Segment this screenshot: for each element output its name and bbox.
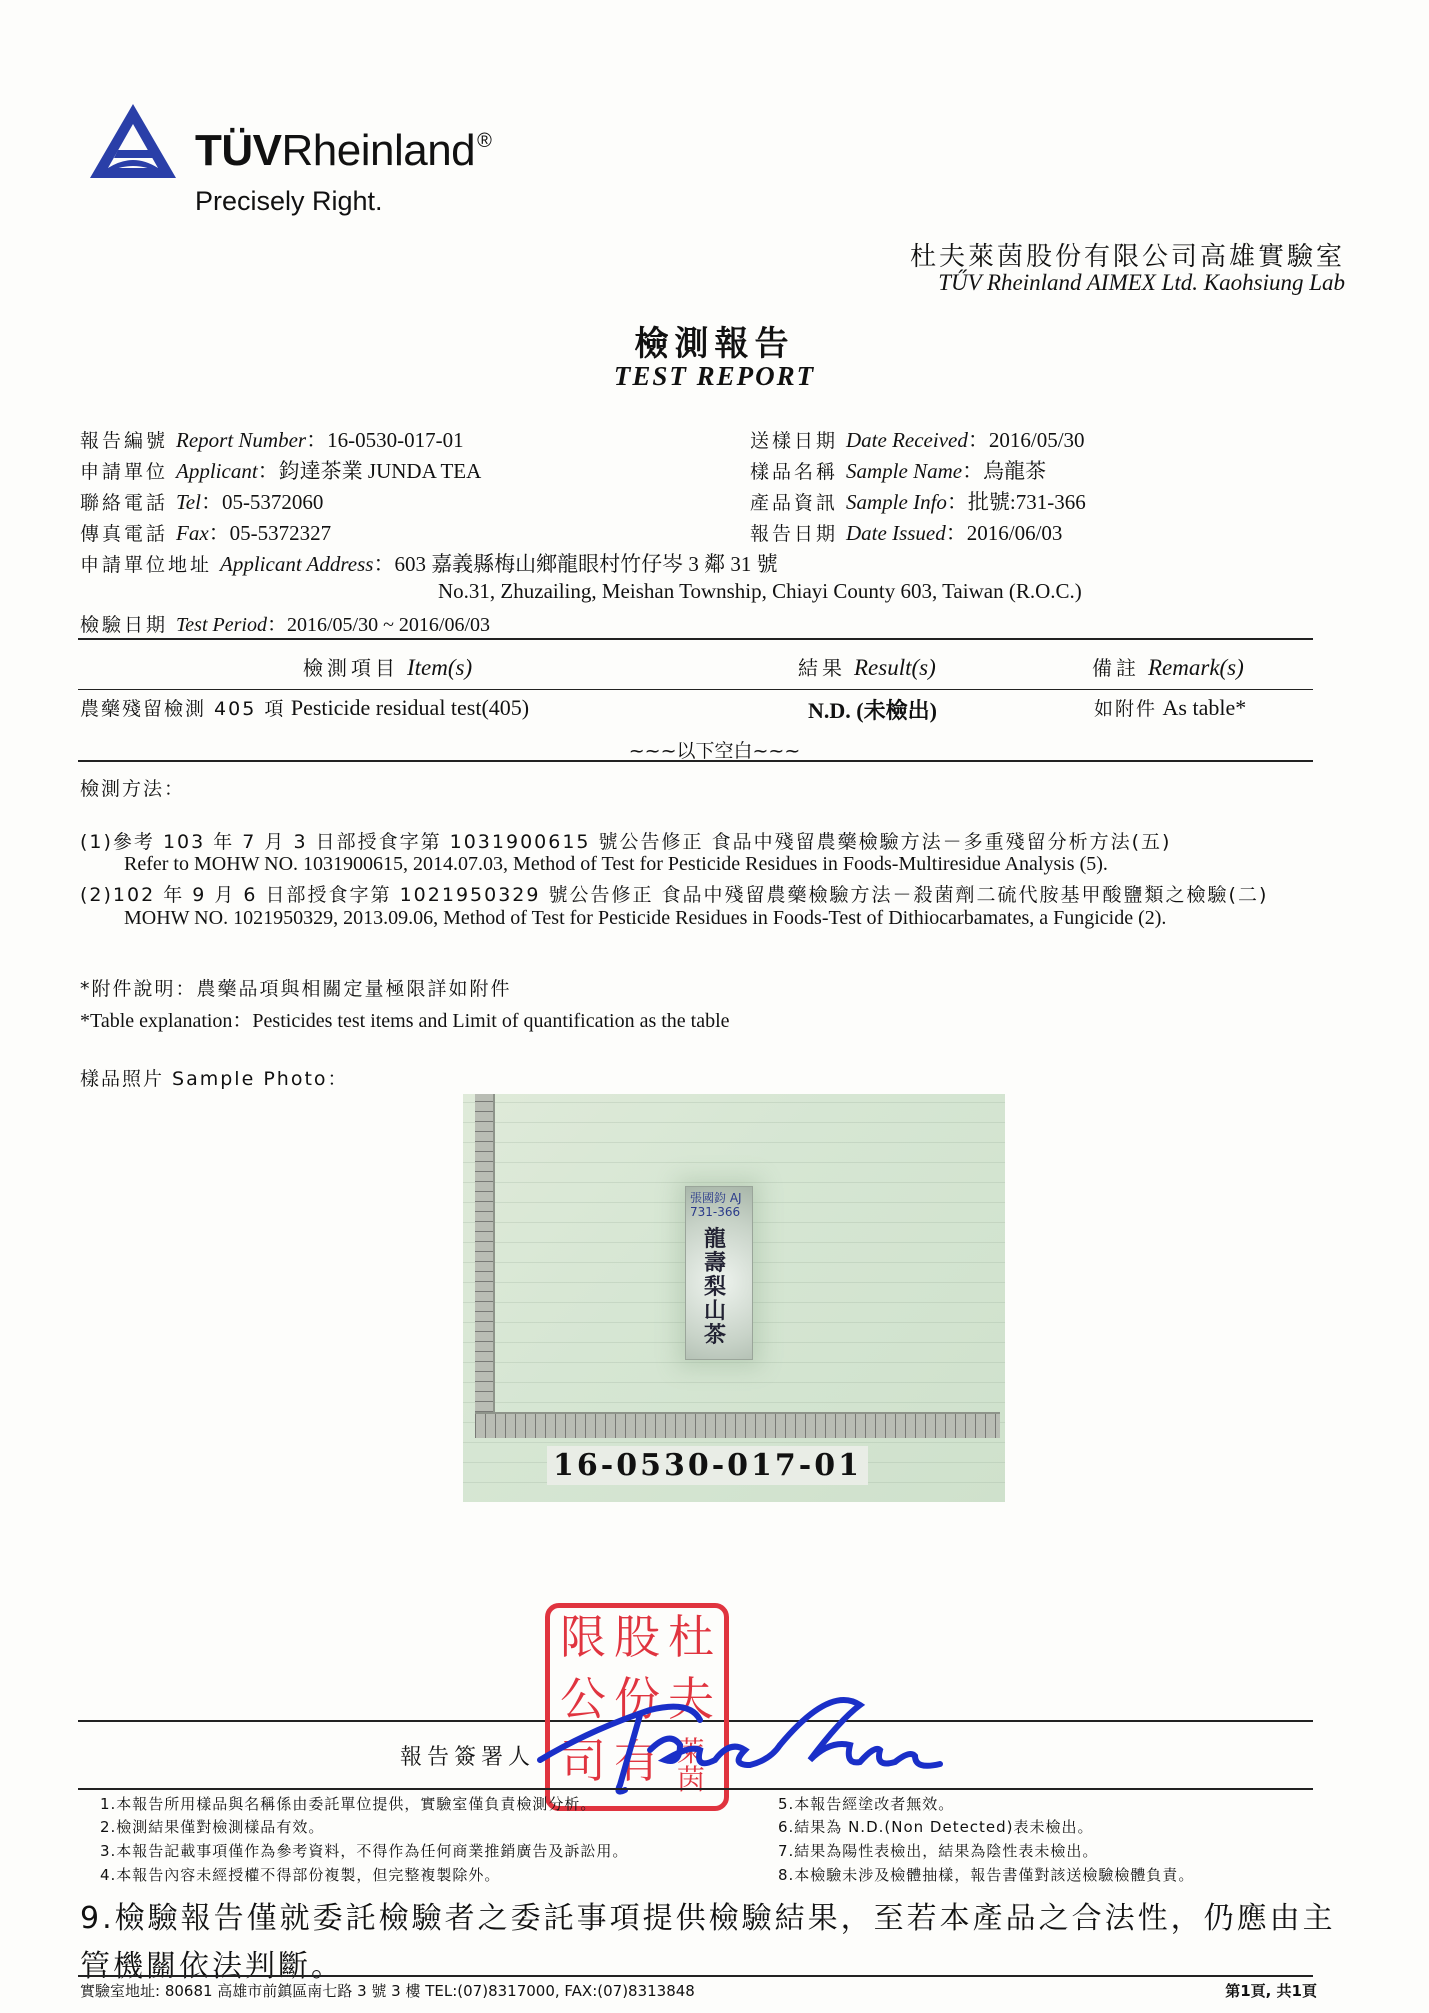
note-3: 3.本報告記載事項僅作為參考資料，不得作為任何商業推銷廣告及訴訟用。 <box>100 1840 628 1861</box>
note-1: 1.本報告所用樣品與名稱係由委託單位提供，實驗室僅負責檢測分析。 <box>100 1793 596 1814</box>
method-2-en: MOHW NO. 1021950329, 2013.09.06, Method … <box>124 907 1166 930</box>
table-row: 農藥殘留檢測 405 項 Pesticide residual test(405… <box>80 694 529 721</box>
sample-info-field: 產品資訊Sample Info：批號:731-366 <box>750 486 1086 516</box>
applicant-address-en: No.31, Zhuzailing, Meishan Township, Chi… <box>438 579 1082 604</box>
method-1-zh: (1)參考 103 年 7 月 3 日部授食字第 1031900615 號公告修… <box>80 827 1171 854</box>
applicant-field: 申請單位Applicant：鈞達茶業 JUNDA TEA <box>80 455 481 485</box>
bag-handwriting: 張國鈞 AJ 731-366 <box>690 1191 752 1219</box>
fax-field: 傳真電話Fax：05-5372327 <box>80 517 331 547</box>
footer-rule <box>78 1975 1313 1977</box>
sample-photo-label: 樣品照片 Sample Photo： <box>80 1064 349 1091</box>
report-title-en: TEST REPORT <box>0 361 1429 392</box>
page-number: 第1頁, 共1頁 <box>1225 1980 1317 2001</box>
lab-name-en: TŰV Rheinland AIMEX Ltd. Kaohsiung Lab <box>938 270 1345 296</box>
table-top-rule <box>78 638 1313 640</box>
note-7: 7.結果為陽性表檢出，結果為陰性表未檢出。 <box>778 1840 1098 1861</box>
notes-top-rule <box>78 1788 1313 1790</box>
tel-field: 聯絡電話Tel：05-5372060 <box>80 486 323 516</box>
table-explanation-zh: *附件說明：農藥品項與相關定量極限詳如附件 <box>80 974 512 1001</box>
result-value: N.D. (未檢出) <box>808 694 937 725</box>
header-remark: 備註Remark(s) <box>1092 652 1244 681</box>
remark-value: 如附件 As table* <box>1094 694 1246 721</box>
sample-photo: 張國鈞 AJ 731-366 龍壽梨山茶 16-0530-017-01 <box>463 1094 1005 1502</box>
header-item: 檢測項目Item(s) <box>303 652 472 681</box>
tea-bag-sample: 張國鈞 AJ 731-366 龍壽梨山茶 <box>685 1186 753 1360</box>
test-period-field: 檢驗日期Test Period：2016/05/30 ~ 2016/06/03 <box>80 608 490 637</box>
applicant-address-field: 申請單位地址Applicant Address：603 嘉義縣梅山鄉龍眼村竹仔岑… <box>80 548 778 578</box>
blank-below-marker: ~~~以下空白~~~ <box>0 736 1429 763</box>
tuv-triangle-logo-icon <box>88 102 178 180</box>
note-8: 8.本檢驗未涉及檢體抽樣，報告書僅對該送檢驗檢體負責。 <box>778 1864 1194 1885</box>
sample-name-field: 樣品名稱Sample Name：烏龍茶 <box>750 455 1046 485</box>
vertical-ruler <box>475 1094 495 1432</box>
svg-text:Joyce Chen: Joyce Chen <box>530 1690 604 1694</box>
lab-address-footer: 實驗室地址: 80681 高雄市前鎮區南七路 3 號 3 樓 TEL:(07)8… <box>80 1980 695 2001</box>
table-header-rule <box>78 689 1313 690</box>
method-2-zh: (2)102 年 9 月 6 日部授食字第 1021950329 號公告修正 食… <box>80 880 1268 907</box>
method-1-en: Refer to MOHW NO. 1031900615, 2014.07.03… <box>124 853 1108 876</box>
table-bottom-rule <box>78 760 1313 762</box>
report-title-zh: 檢測報告 <box>0 316 1429 365</box>
signer-label: 報告簽署人 <box>400 1740 535 1771</box>
note-5: 5.本報告經塗改者無效。 <box>778 1793 954 1814</box>
bag-brand: 龍壽梨山茶 <box>704 1227 732 1347</box>
handwritten-signature: Joyce Chen <box>530 1690 950 1800</box>
report-number-value: 16-0530-017-01 <box>327 428 463 452</box>
note-2: 2.檢測結果僅對檢測樣品有效。 <box>100 1816 324 1837</box>
table-explanation-en: *Table explanation：Pesticides test items… <box>80 1004 730 1033</box>
report-number-field: 報告編號Report Number：16-0530-017-01 <box>80 424 464 454</box>
lab-name-zh: 杜夫萊茵股份有限公司高雄實驗室 <box>910 236 1345 273</box>
methods-heading: 檢測方法： <box>80 774 185 801</box>
note-6: 6.結果為 N.D.(Non Detected)表未檢出。 <box>778 1816 1094 1837</box>
brand-name: TÜVRheinland® <box>195 126 491 176</box>
horizontal-ruler <box>475 1412 1000 1438</box>
date-received-field: 送樣日期Date Received：2016/05/30 <box>750 424 1085 454</box>
date-issued-field: 報告日期Date Issued：2016/06/03 <box>750 517 1062 547</box>
brand-slogan: Precisely Right. <box>195 186 383 217</box>
note-4: 4.本報告內容未經授權不得部份複製，但完整複製除外。 <box>100 1864 500 1885</box>
sample-tag: 16-0530-017-01 <box>547 1446 868 1485</box>
header-result: 結果Result(s) <box>798 652 936 681</box>
